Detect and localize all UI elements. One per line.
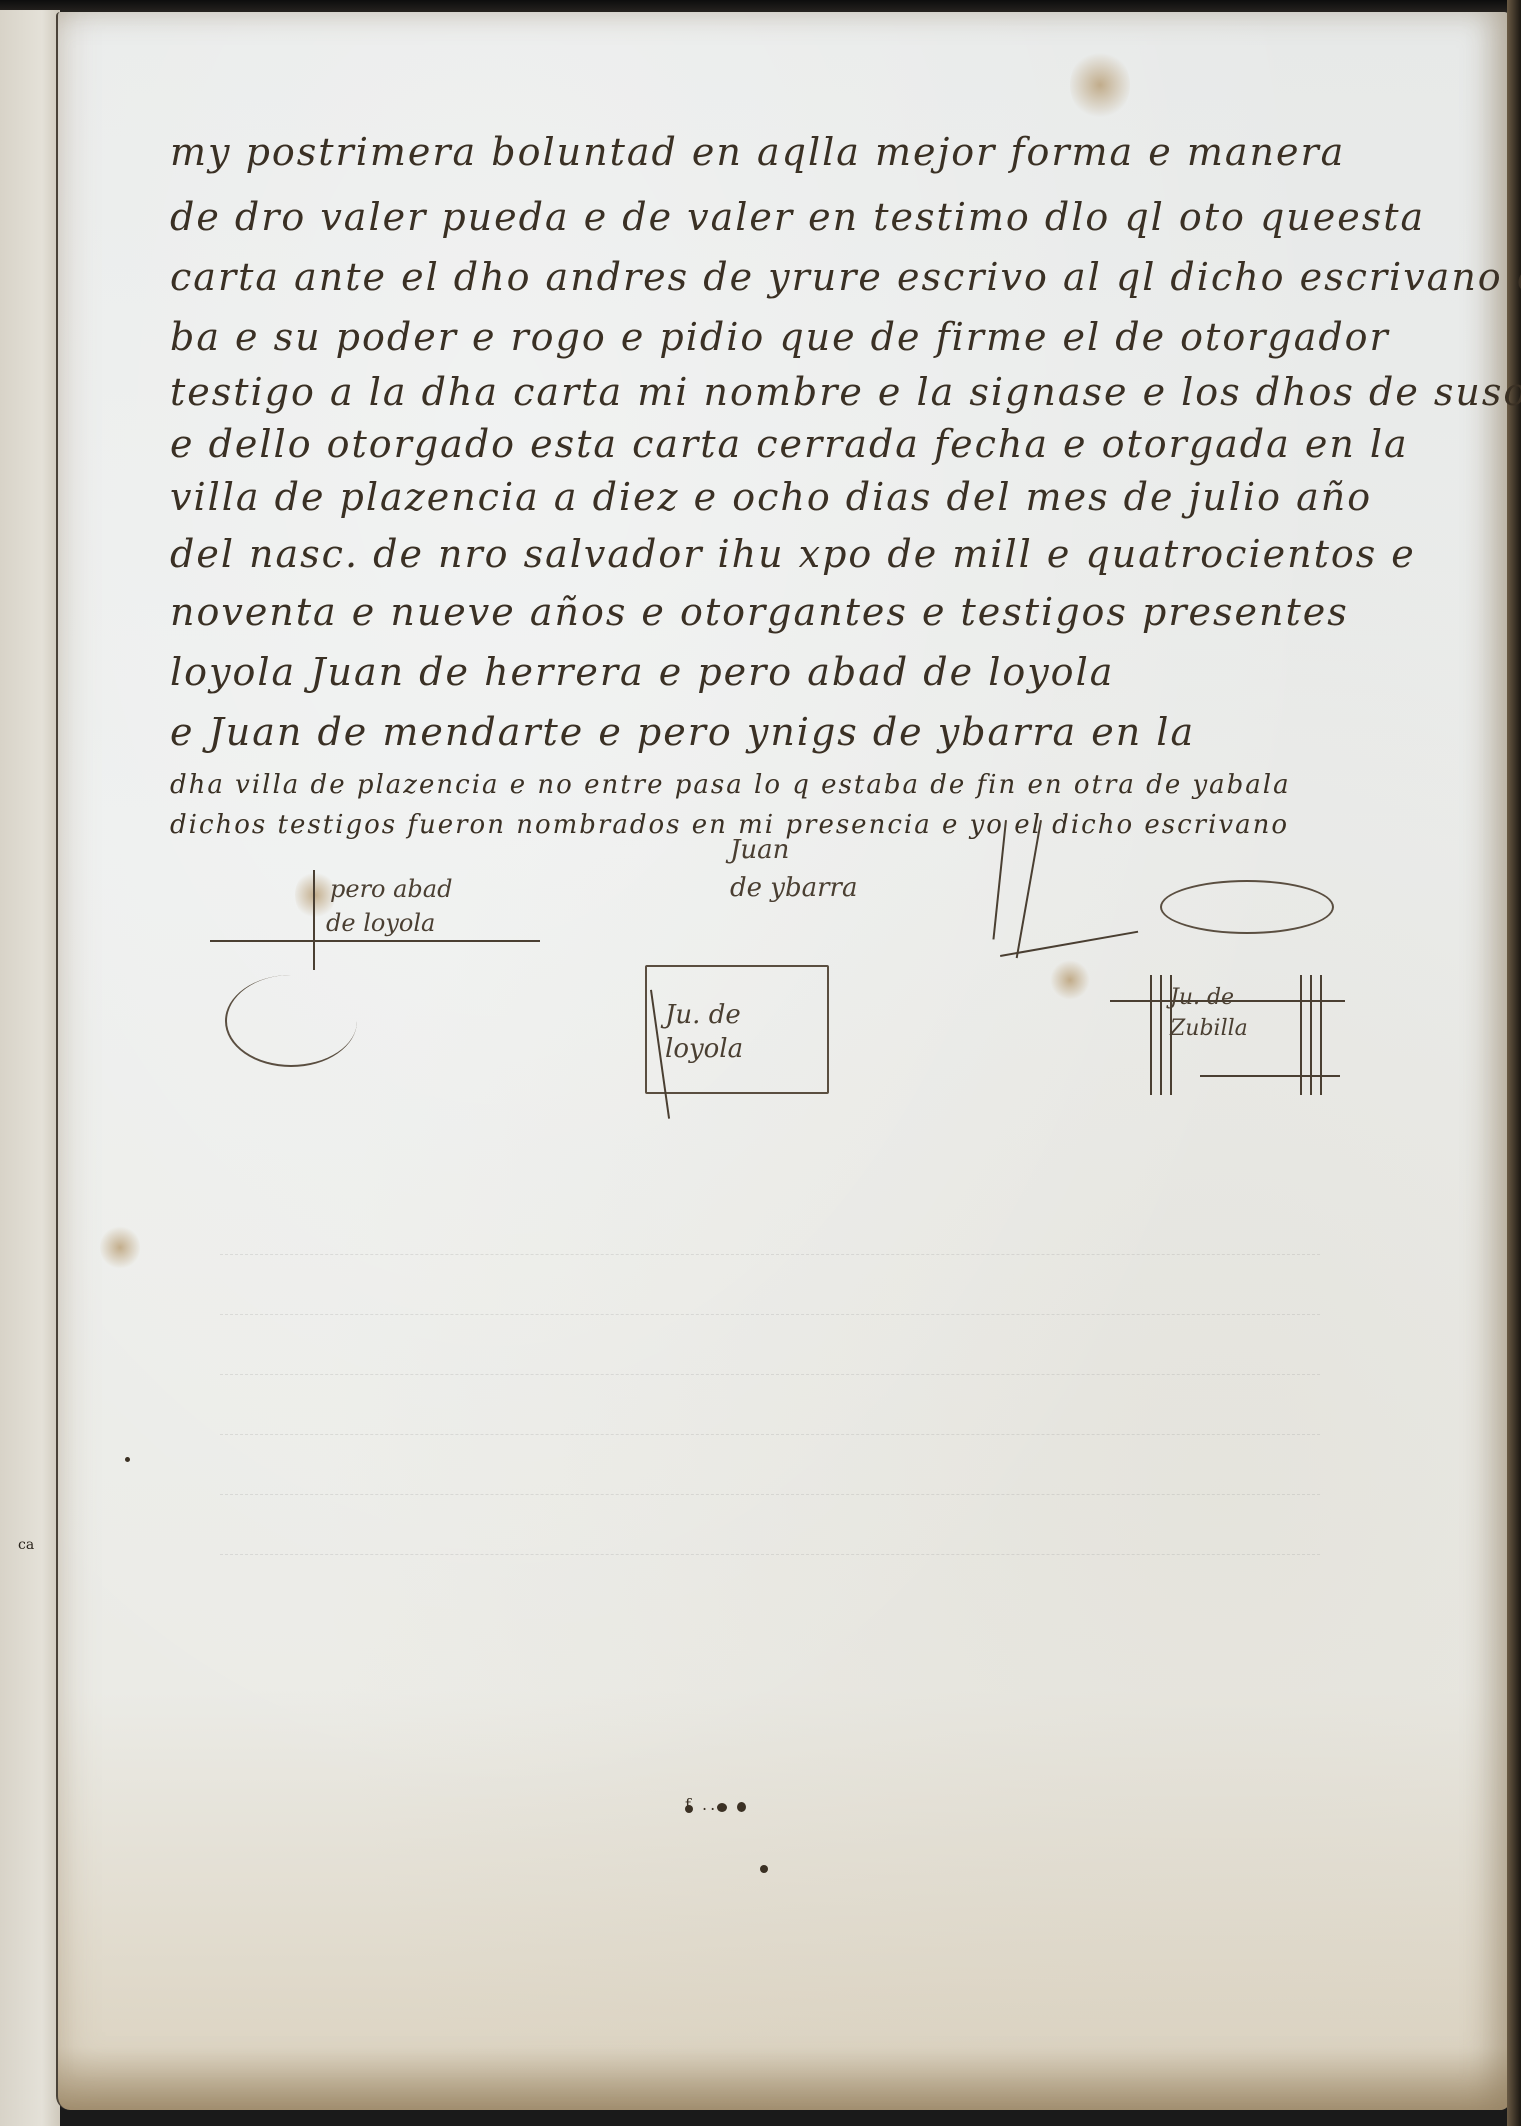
signature-juan: Juan de ybarra [730, 835, 858, 903]
signature-hatch [1170, 975, 1172, 1095]
binding-stub [0, 10, 60, 2126]
signature-hatch [1300, 975, 1302, 1095]
signature-hatch [1320, 975, 1322, 1095]
text-line: de dro valer pueda e de valer en testimo… [170, 195, 1425, 239]
signature-name-line2: loyola [665, 1034, 743, 1064]
signature-name: Ju. de [665, 1000, 743, 1030]
signature-name-line2: Zubilla [1170, 1016, 1248, 1041]
ink-speck [737, 1802, 746, 1812]
signature-name: Juan [730, 835, 858, 865]
bleed-through-line [220, 1230, 1320, 1255]
text-line: e Juan de mendarte e pero ynigs de ybarr… [170, 710, 1195, 754]
bleed-through-line [220, 1350, 1320, 1375]
text-line: villa de plazencia a diez e ocho dias de… [170, 475, 1372, 519]
text-line: ba e su poder e rogo e pidio que de firm… [170, 315, 1390, 359]
paper-stain [1050, 960, 1090, 1000]
bleed-through-line [220, 1470, 1320, 1495]
signature-hatch [1110, 1000, 1345, 1002]
text-line: e dello otorgado esta carta cerrada fech… [170, 422, 1409, 466]
text-line: loyola Juan de herrera e pero abad de lo… [170, 650, 1114, 694]
text-line: dha villa de plazencia e no entre pasa l… [170, 770, 1291, 800]
bleed-through-line [220, 1410, 1320, 1435]
text-line: my postrimera boluntad en aqlla mejor fo… [170, 130, 1345, 174]
signature-ju-de-zubilla: Ju. de Zubilla [1170, 985, 1248, 1041]
scan-right-edge [1507, 0, 1521, 2126]
text-line: testigo a la dha carta mi nombre e la si… [170, 370, 1521, 414]
ink-speck [125, 1457, 130, 1462]
text-line: noventa e nueve años e otorgantes e test… [170, 590, 1349, 634]
paper-stain [100, 1225, 140, 1270]
paper-stain [1070, 50, 1130, 120]
signature-hatch [1160, 975, 1162, 1095]
signature-hatch [1310, 975, 1312, 1095]
bleed-through-line [220, 1290, 1320, 1315]
signature-flourish [1160, 880, 1334, 934]
bleed-through-line [220, 1530, 1320, 1555]
signature-name-line2: de ybarra [730, 873, 858, 903]
ink-speck [760, 1865, 768, 1873]
margin-mark: ca [18, 1537, 34, 1553]
signature-hatch [1150, 975, 1152, 1095]
signature-flourish [313, 870, 315, 970]
signature-name-line2: de loyola [326, 909, 452, 937]
foot-mark: f ... [685, 1795, 726, 1814]
signature-name: pero abad [330, 875, 452, 903]
text-line: del nasc. de nro salvador ihu xpo de mil… [170, 532, 1416, 576]
signature-flourish [210, 940, 540, 942]
signature-flourish [225, 975, 357, 1067]
signature-hatch [1200, 1075, 1340, 1077]
text-line: carta ante el dho andres de yrure escriv… [170, 255, 1521, 299]
signature-ju-de-loyola: Ju. de loyola [665, 1000, 743, 1064]
signature-name: Ju. de [1170, 985, 1248, 1010]
signature-pero-abad: pero abad de loyola [330, 875, 452, 937]
